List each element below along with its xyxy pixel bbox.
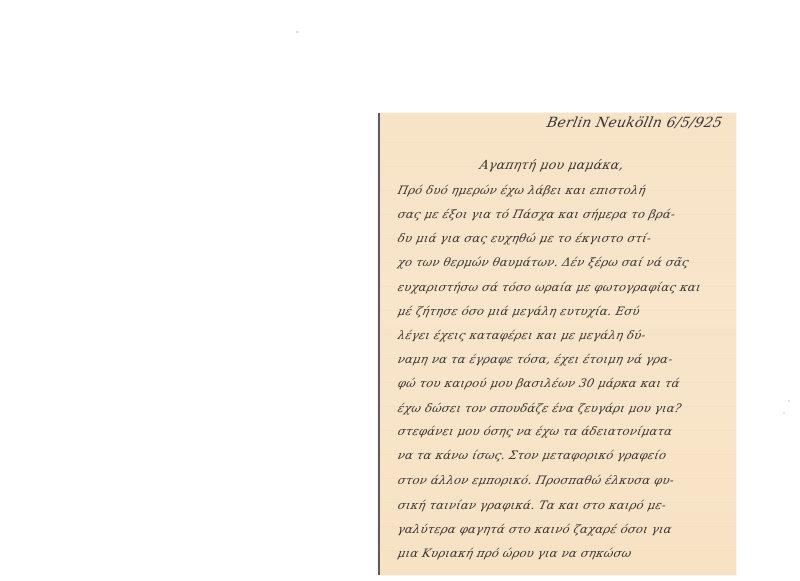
- letter-line: μια Κυριακή πρό ώρου για να σηκώσω: [397, 546, 730, 560]
- letter-line: ευχαριστήσω σά τόσο ωραία με φωτογραφίας…: [397, 280, 730, 294]
- letter-line: γαλύτερα φαγητά στο καινό ζαχαρέ όσοι γι…: [397, 522, 730, 536]
- letter-line: μέ ζήτησε όσο μιά μεγάλη ευτυχία. Εσύ: [397, 304, 730, 318]
- dust-speck: [788, 400, 790, 402]
- letter-line: Πρό δυό ημερών έχω λάβει και επιστολή: [397, 183, 730, 197]
- letter-line: ναμη να τα έγραφε τόσα, έχει έτοιμη νά γ…: [397, 352, 730, 366]
- letter-line: στον άλλον εμπορικό. Προσπαθώ έλκυσα φυ-: [397, 473, 730, 487]
- letter-line: έχω δώσει τον σπουδάζε ένα ζευγάρι μου γ…: [397, 401, 730, 415]
- letter-line: λέγει έχεις καταφέρει και με μεγάλη δύ-: [397, 328, 730, 342]
- letter-line: φώ του καιρού μου βασιλέων 30 μάρκα και …: [397, 376, 730, 390]
- letter-line: σας με έξοι για τό Πάσχα και σήμερα το β…: [397, 207, 730, 221]
- letter-line: σική ταινίαν γραφικά. Τα και στο καιρό μ…: [397, 498, 730, 512]
- letter-line: χο των θερμών θαυμάτων. Δέν ξέρω σαί νά …: [397, 255, 730, 269]
- letter-salutation: Αγαπητή μου μαμάκα,: [478, 157, 625, 172]
- dust-speck: [296, 31, 299, 33]
- dust-speck: [783, 412, 785, 414]
- letter-line: να τα κάνω ίσως. Στον μεταφορικό γραφείο: [397, 448, 730, 462]
- letter-line: δυ μιά για σας ευχηθώ με το έκγιστο στί-: [397, 231, 730, 245]
- letter-line: στεφάνει μου όσης να έχω τα άδειατονίματ…: [397, 424, 730, 438]
- letter-paper: Berlin Neukölln 6/5/925 Αγαπητή μου μαμά…: [378, 113, 736, 575]
- letter-header-place-date: Berlin Neukölln 6/5/925: [545, 115, 724, 131]
- scanned-page: Berlin Neukölln 6/5/925 Αγαπητή μου μαμά…: [0, 0, 800, 581]
